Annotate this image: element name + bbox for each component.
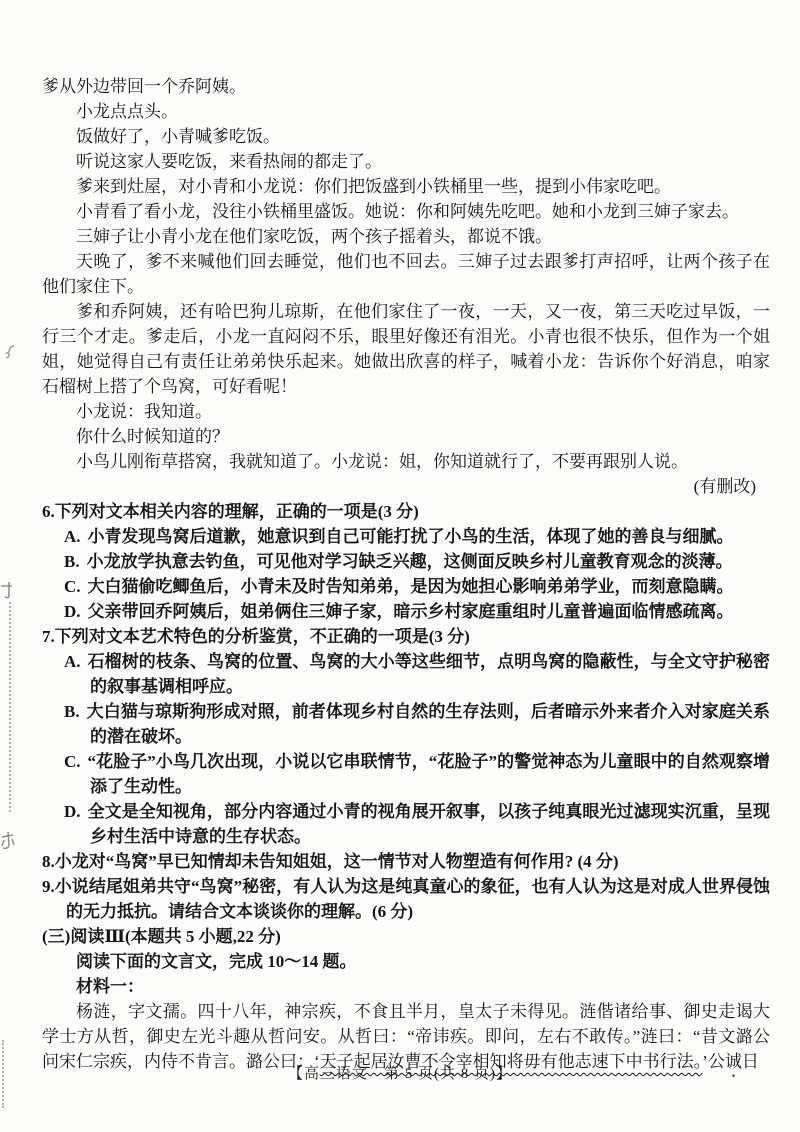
question-8: 8.小龙对“鸟窝”早已知情却未告知姐姐，这一情节对人物塑造有何作用? (4 分) (42, 849, 770, 874)
section-3-instruction: 阅读下面的文言文，完成 10～14 题。 (42, 949, 770, 974)
passage-paragraph: 小鸟儿刚衔草搭窝，我就知道了。小龙说：姐，你知道就行了，不要再跟别人说。 (42, 449, 770, 474)
scan-artifact-dotted-line (9, 602, 11, 812)
passage-paragraph: 小龙点点头。 (42, 99, 770, 124)
option-text: 石榴树的枝条、鸟窝的位置、鸟窝的大小等这些细节，点明鸟窝的隐蔽性，与全文守护秘密… (88, 652, 770, 696)
question-7-option-b: B.大白猫与琼斯狗形成对照，前者体现乡村自然的生存法则，后者暗示外来者介入对家庭… (42, 699, 770, 749)
option-text: 小龙放学执意去钓鱼，可见他对学习缺乏兴趣，这侧面反映乡村儿童教育观念的淡薄。 (87, 552, 733, 571)
option-label: A. (64, 652, 88, 671)
question-6: 6.下列对文本相关内容的理解，正确的一项是(3 分) A.小青发现鸟窝后道歉，她… (42, 499, 770, 624)
passage-paragraph: 爹和乔阿姨，还有哈巴狗儿琼斯，在他们家住了一夜，一天，又一夜，第三天吃过早饭，一… (42, 299, 770, 399)
question-6-stem: 6.下列对文本相关内容的理解，正确的一项是(3 分) (42, 499, 770, 524)
option-label: A. (64, 527, 88, 546)
passage-paragraph: 小青看了看小龙，没往小铁桶里盛饭。她说：你和阿姨先吃吧。她和小龙到三婶子家去。 (42, 199, 770, 224)
page-content: 爹从外边带回一个乔阿姨。 小龙点点头。 饭做好了，小青喊爹吃饭。 听说这家人要吃… (42, 74, 770, 1081)
section-3: (三)阅读Ⅲ(本题共 5 小题,22 分) 阅读下面的文言文，完成 10～14 … (42, 924, 770, 1081)
material-1-label: 材料一： (42, 974, 770, 999)
passage-paragraph: 爹来到灶屋，对小青和小龙说：你们把饭盛到小铁桶里一些，提到小伟家吃吧。 (42, 174, 770, 199)
question-7-option-a: A.石榴树的枝条、鸟窝的位置、鸟窝的大小等这些细节，点明鸟窝的隐蔽性，与全文守护… (42, 649, 770, 699)
passage-paragraph: 天晚了，爹不来喊他们回去睡觉，他们也不回去。三婶子过去跟爹打声招呼，让两个孩子在… (42, 249, 770, 299)
passage-paragraph: 听说这家人要吃饭，来看热闹的都走了。 (42, 149, 770, 174)
exam-page-scan: 爹从外边带回一个乔阿姨。 小龙点点头。 饭做好了，小青喊爹吃饭。 听说这家人要吃… (0, 0, 800, 1132)
scan-artifact-dotted-line (2, 1040, 4, 1108)
question-9: 9.小说结尾姐弟共守“鸟窝”秘密，有人认为这是纯真童心的象征，也有人认为这是对成… (42, 874, 770, 924)
question-7: 7.下列对文本艺术特色的分析鉴赏，不正确的一项是(3 分) A.石榴树的枝条、鸟… (42, 624, 770, 849)
question-8-stem: 8.小龙对“鸟窝”早已知情却未告知姐姐，这一情节对人物塑造有何作用? (4 分) (42, 849, 770, 874)
option-text: 小青发现鸟窝后道歉，她意识到自己可能打扰了小鸟的生活，体现了她的善良与细腻。 (88, 527, 734, 546)
section-3-heading: (三)阅读Ⅲ(本题共 5 小题,22 分) (42, 924, 770, 949)
option-text: “花脸子”小鸟几次出现，小说以它串联情节，“花脸子”的警觉神态为儿童眼中的自然观… (88, 752, 770, 796)
passage-paragraph: 你什么时候知道的？ (42, 424, 770, 449)
passage-paragraph: 饭做好了，小青喊爹吃饭。 (42, 124, 770, 149)
passage-paragraph: 三婶子让小青小龙在他们家吃饭，两个孩子摇着头，都说不饿。 (42, 224, 770, 249)
option-label: D. (64, 602, 88, 621)
question-7-stem: 7.下列对文本艺术特色的分析鉴赏，不正确的一项是(3 分) (42, 624, 770, 649)
question-6-option-d: D.父亲带回乔阿姨后，姐弟俩住三婶子家，暗示乡村家庭重组时儿童普遍面临情感疏离。 (42, 599, 770, 624)
question-7-option-d: D.全文是全知视角，部分内容通过小青的视角展开叙事，以孩子纯真眼光过滤现实沉重，… (42, 799, 770, 849)
option-text: 大白猫偷吃鲫鱼后，小青未及时告知弟弟，是因为她担心影响弟弟学业，而刻意隐瞒。 (88, 577, 734, 596)
option-label: C. (64, 752, 88, 771)
question-6-option-b: B.小龙放学执意去钓鱼，可见他对学习缺乏兴趣，这侧面反映乡村儿童教育观念的淡薄。 (42, 549, 770, 574)
scan-artifact (0, 830, 16, 857)
option-text: 大白猫与琼斯狗形成对照，前者体现乡村自然的生存法则，后者暗示外来者介入对家庭关系… (87, 702, 770, 746)
option-label: D. (64, 802, 88, 821)
option-text: 全文是全知视角，部分内容通过小青的视角展开叙事，以孩子纯真眼光过滤现实沉重，呈现… (88, 802, 770, 846)
option-label: B. (64, 552, 87, 571)
page-footer: 【高三语文 第 5 页(共 8 页)】 (0, 1062, 800, 1083)
option-text: 父亲带回乔阿姨后，姐弟俩住三婶子家，暗示乡村家庭重组时儿童普遍面临情感疏离。 (88, 602, 734, 621)
question-7-option-c: C.“花脸子”小鸟几次出现，小说以它串联情节，“花脸子”的警觉神态为儿童眼中的自… (42, 749, 770, 799)
option-label: C. (64, 577, 88, 596)
passage-paragraph: 小龙说：我知道。 (42, 399, 770, 424)
scan-artifact (0, 580, 14, 605)
passage-attribution: (有删改) (42, 474, 770, 499)
question-6-option-c: C.大白猫偷吃鲫鱼后，小青未及时告知弟弟，是因为她担心影响弟弟学业，而刻意隐瞒。 (42, 574, 770, 599)
question-9-stem: 9.小说结尾姐弟共守“鸟窝”秘密，有人认为这是纯真童心的象征，也有人认为这是对成… (42, 874, 770, 924)
question-6-option-a: A.小青发现鸟窝后道歉，她意识到自己可能打扰了小鸟的生活，体现了她的善良与细腻。 (42, 524, 770, 549)
option-label: B. (64, 702, 87, 721)
passage-paragraph: 爹从外边带回一个乔阿姨。 (42, 74, 770, 99)
scan-artifact (3, 344, 17, 365)
